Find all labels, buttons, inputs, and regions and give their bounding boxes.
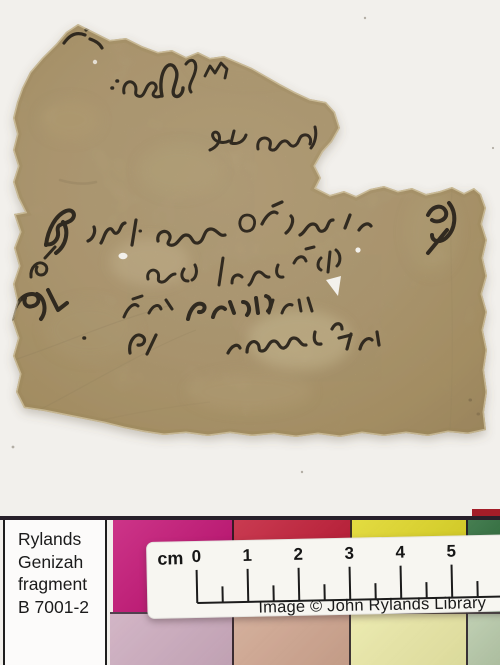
color-patch-pale-green [466,612,500,665]
color-patch-pale-lilac [110,612,232,665]
color-patch-pale-yellow [349,612,466,665]
label-line-1: Rylands [18,528,105,551]
label-line-4: B 7001-2 [18,596,105,619]
label-line-3: fragment [18,573,105,596]
manuscript-fragment-photo [0,0,500,520]
shelfmark-label: Rylands Genizah fragment B 7001-2 [3,520,107,665]
color-patch-tan [232,612,349,665]
scale-ruler: cm 0 1 2 3 4 5 Image © John Rylands Libr… [146,534,500,619]
label-line-2: Genizah [18,551,105,574]
photo-canvas: Rylands Genizah fragment B 7001-2 cm 0 1… [0,0,500,665]
